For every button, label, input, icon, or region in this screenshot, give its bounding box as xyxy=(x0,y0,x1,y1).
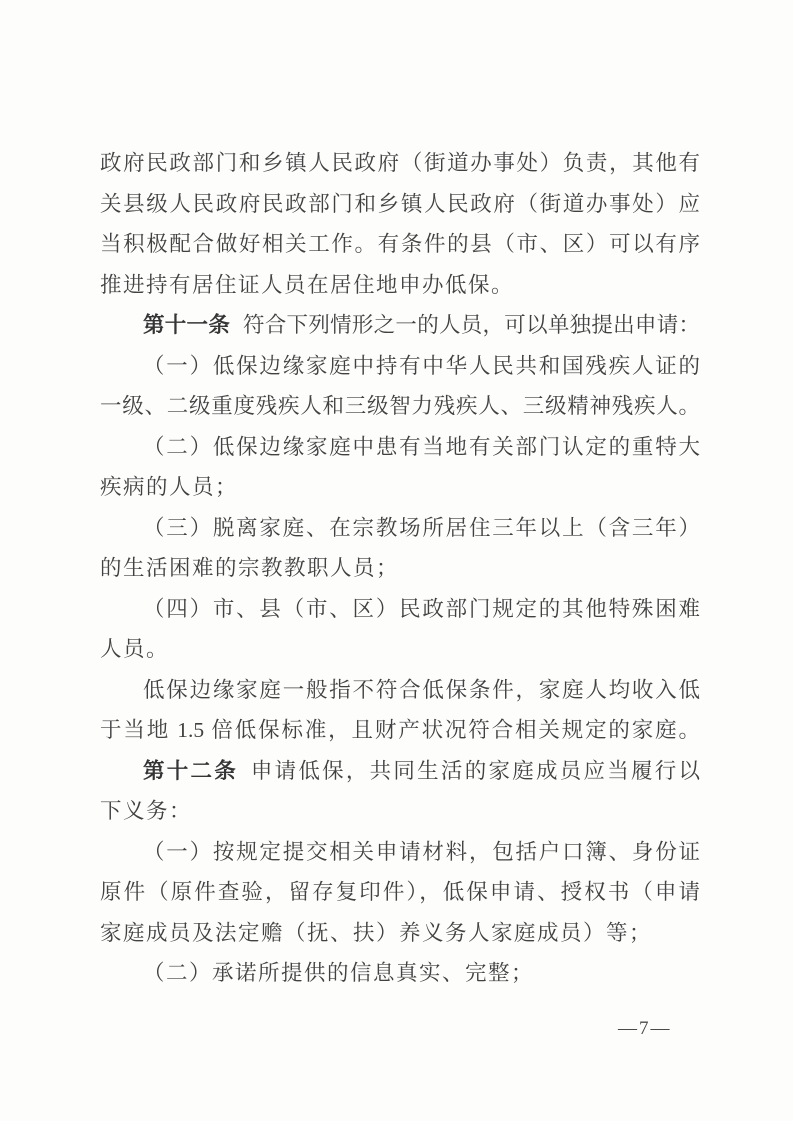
paragraph-line: 关县级人民政府民政部门和乡镇人民政府（街道办事处）应 xyxy=(100,184,700,225)
document-body: 政府民政部门和乡镇人民政府（街道办事处）负责，其他有 关县级人民政府民政部门和乡… xyxy=(100,143,700,994)
paragraph-line: （一）低保边缘家庭中持有中华人民共和国残疾人证的 xyxy=(100,346,700,387)
paragraph-line: 的生活困难的宗教教职人员； xyxy=(100,548,700,589)
paragraph-line: 人员。 xyxy=(100,629,700,670)
paragraph-line: 于当地 1.5 倍低保标准，且财产状况符合相关规定的家庭。 xyxy=(100,710,700,751)
article-12-label: 第十二条 xyxy=(143,759,238,783)
article-11-label: 第十一条 xyxy=(143,313,230,337)
paragraph-line: 当积极配合做好相关工作。有条件的县（市、区）可以有序 xyxy=(100,224,700,265)
document-page: 政府民政部门和乡镇人民政府（街道办事处）负责，其他有 关县级人民政府民政部门和乡… xyxy=(0,0,793,1121)
paragraph-line: 家庭成员及法定赡（抚、扶）养义务人家庭成员）等； xyxy=(100,913,700,954)
paragraph-line: （四）市、县（市、区）民政部门规定的其他特殊困难 xyxy=(100,589,700,630)
paragraph-line: 第十二条申请低保，共同生活的家庭成员应当履行以 xyxy=(100,751,700,792)
paragraph-line: 原件（原件查验，留存复印件），低保申请、授权书（申请 xyxy=(100,872,700,913)
paragraph-line: 疾病的人员； xyxy=(100,467,700,508)
paragraph-line: （二）低保边缘家庭中患有当地有关部门认定的重特大 xyxy=(100,427,700,468)
article-12-text: 申请低保，共同生活的家庭成员应当履行以 xyxy=(251,759,700,783)
paragraph-line: 一级、二级重度残疾人和三级智力残疾人、三级精神残疾人。 xyxy=(100,386,700,427)
paragraph-line: 推进持有居住证人员在居住地申办低保。 xyxy=(100,265,700,306)
article-11-text: 符合下列情形之一的人员，可以单独提出申请： xyxy=(243,313,700,337)
page-number: —7— xyxy=(618,1018,708,1040)
paragraph-line: （一）按规定提交相关申请材料，包括户口簿、身份证 xyxy=(100,832,700,873)
paragraph-line: （二）承诺所提供的信息真实、完整； xyxy=(100,953,700,994)
paragraph-line: 低保边缘家庭一般指不符合低保条件，家庭人均收入低 xyxy=(100,670,700,711)
paragraph-line: 政府民政部门和乡镇人民政府（街道办事处）负责，其他有 xyxy=(100,143,700,184)
paragraph-line: （三）脱离家庭、在宗教场所居住三年以上（含三年） xyxy=(100,508,700,549)
paragraph-line: 下义务： xyxy=(100,791,700,832)
paragraph-line: 第十一条符合下列情形之一的人员，可以单独提出申请： xyxy=(100,305,700,346)
